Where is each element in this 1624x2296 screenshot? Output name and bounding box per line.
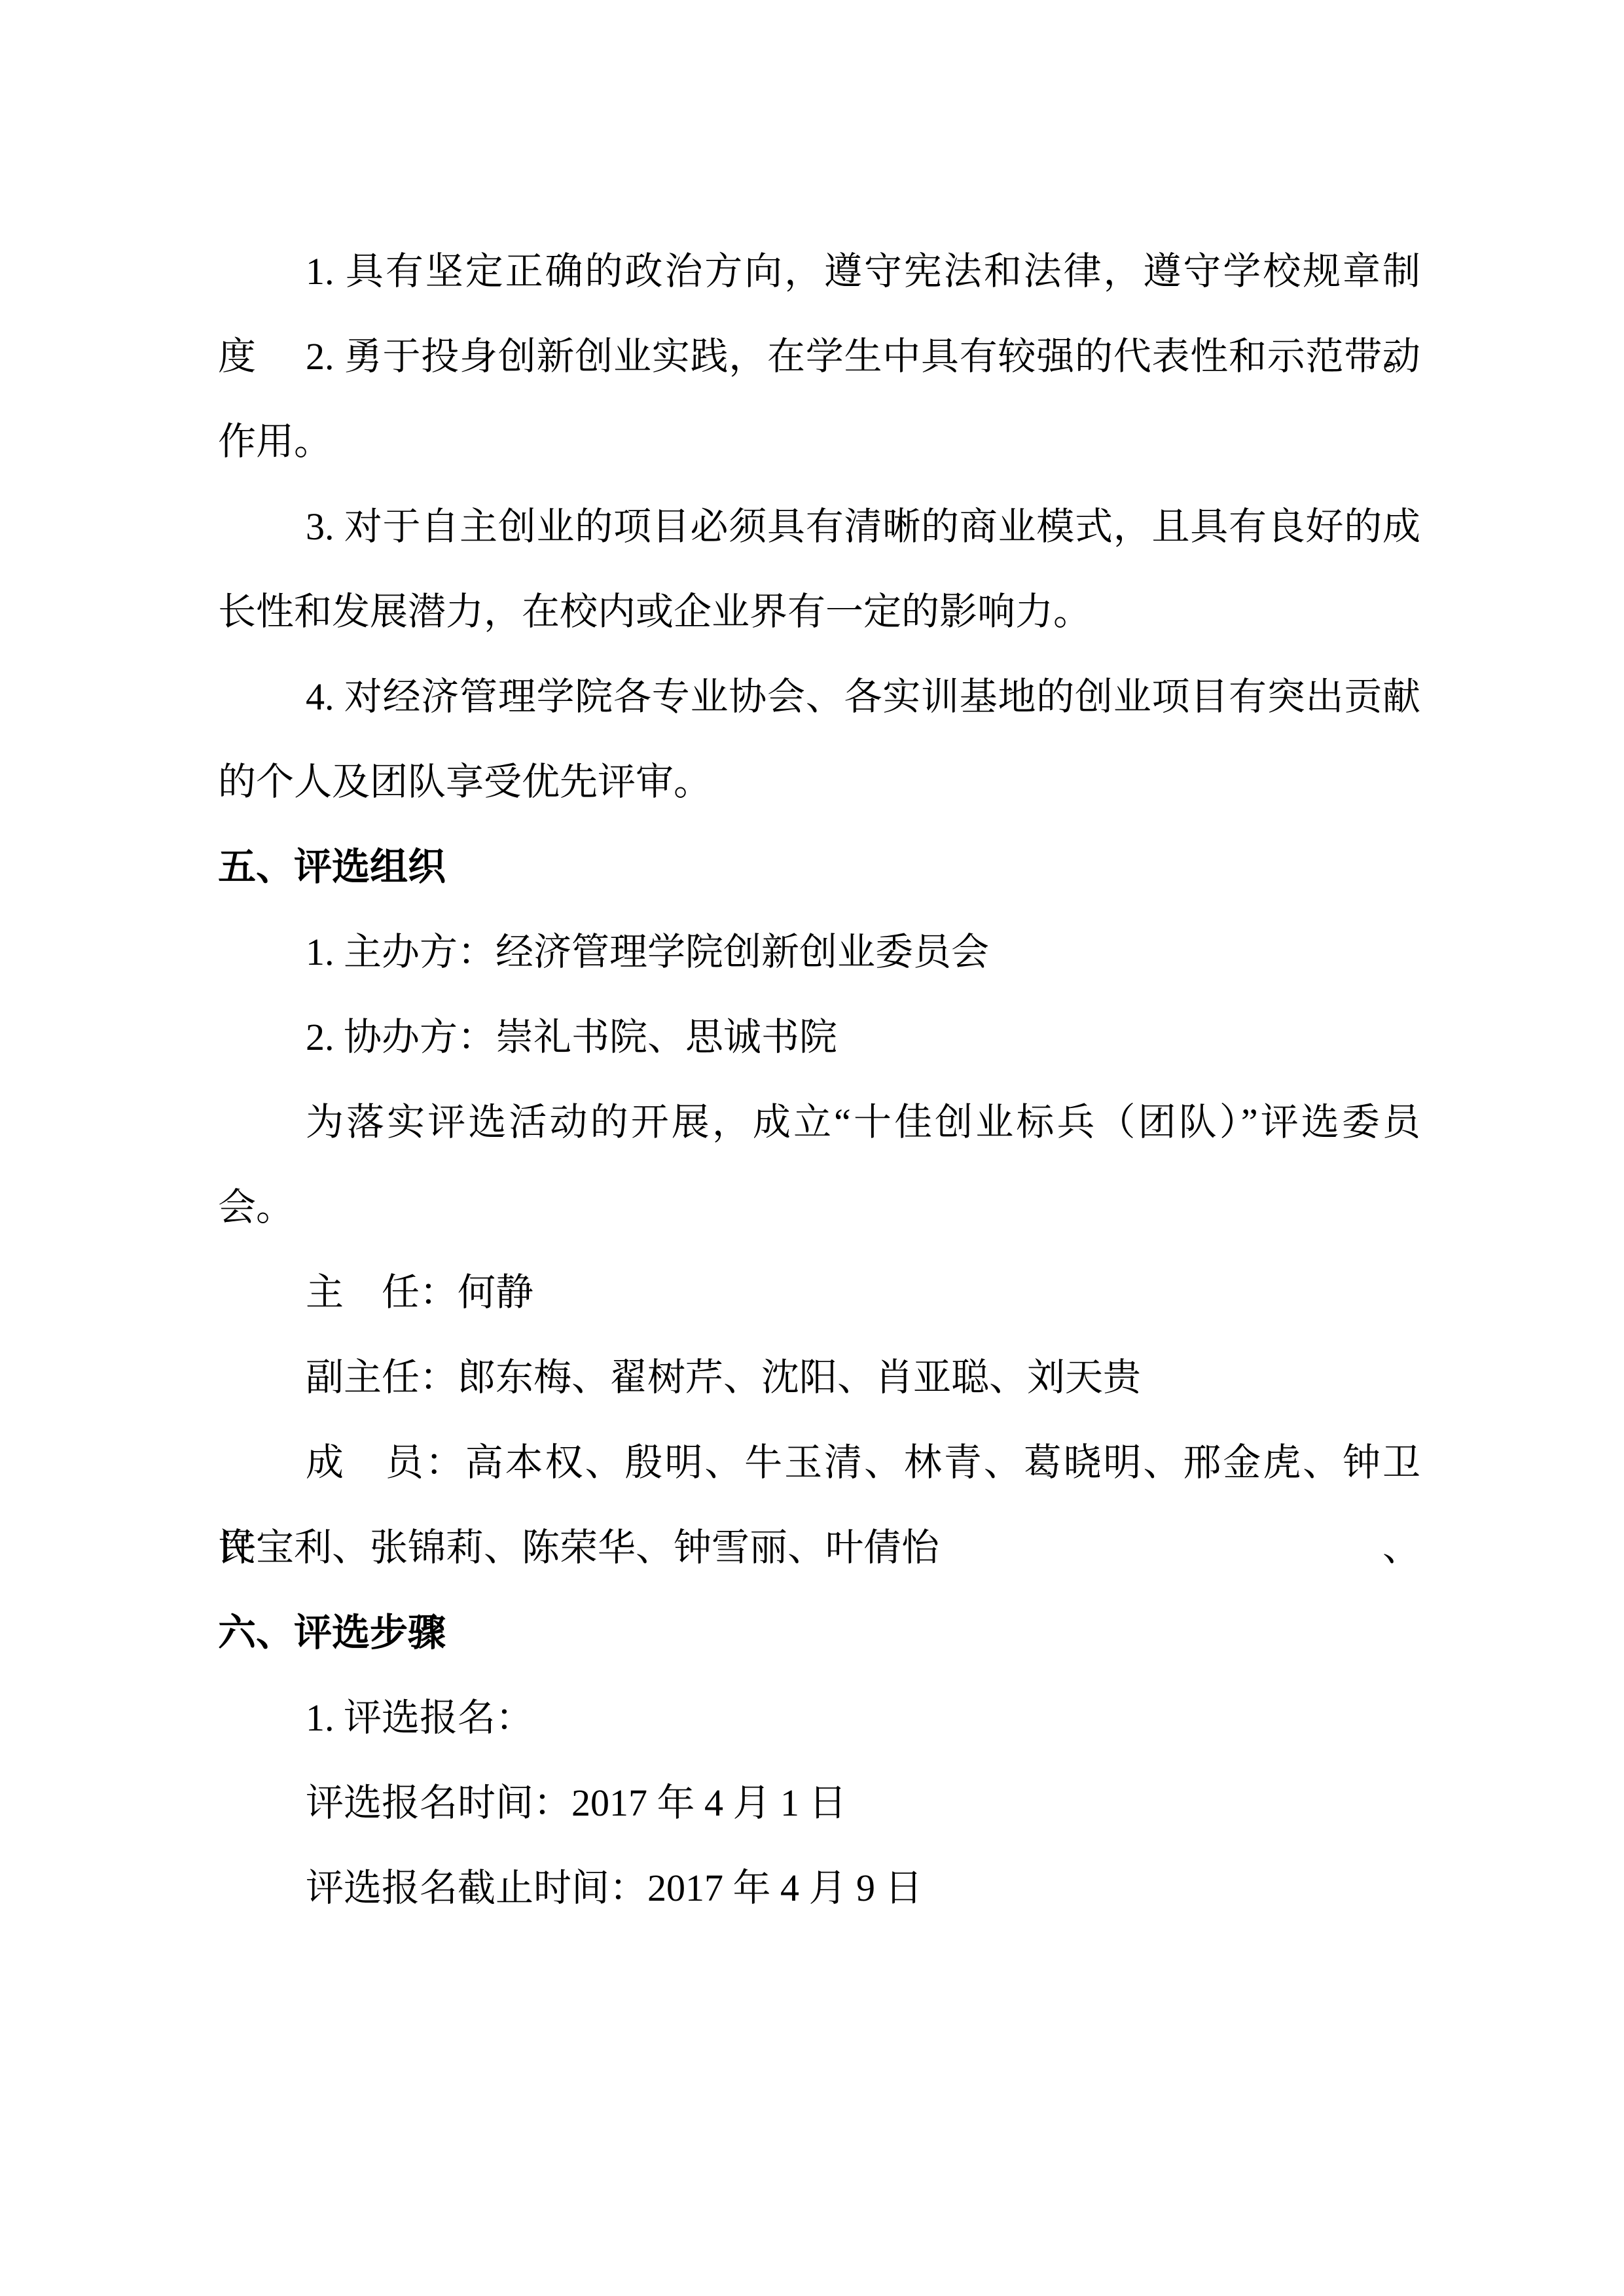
text-line: 副主任：郎东梅、翟树芹、沈阳、肖亚聪、刘天贵 <box>218 1335 1420 1420</box>
text-line: 为落实评选活动的开展，成立“十佳创业标兵（团队）”评选委员 <box>218 1080 1420 1165</box>
text-line: 作用。 <box>218 399 1420 484</box>
text-line: 主 任：何静 <box>218 1250 1420 1335</box>
text-line: 评选报名时间：2017 年 4 月 1 日 <box>218 1761 1420 1846</box>
document-body: 1. 具有坚定正确的政治方向，遵守宪法和法律，遵守学校规章制度。2. 勇于投身创… <box>218 229 1420 1931</box>
text-line: 成 员：高本权、殷明、牛玉清、林青、葛晓明、邢金虎、钟卫民、 <box>218 1420 1420 1505</box>
text-line: 4. 对经济管理学院各专业协会、各实训基地的创业项目有突出贡献 <box>218 655 1420 740</box>
section-heading: 六、评选步骤 <box>218 1590 1420 1676</box>
text-line: 评选报名截止时间：2017 年 4 月 9 日 <box>218 1846 1420 1931</box>
text-line: 2. 协办方：崇礼书院、思诚书院 <box>218 995 1420 1080</box>
text-line: 1. 具有坚定正确的政治方向，遵守宪法和法律，遵守学校规章制度。 <box>218 229 1420 314</box>
text-line: 会。 <box>218 1165 1420 1250</box>
section-heading: 五、评选组织 <box>218 825 1420 910</box>
text-line: 3. 对于自主创业的项目必须具有清晰的商业模式，且具有良好的成 <box>218 484 1420 569</box>
text-line: 长性和发展潜力，在校内或企业界有一定的影响力。 <box>218 569 1420 655</box>
text-line: 1. 主办方：经济管理学院创新创业委员会 <box>218 910 1420 995</box>
text-line: 2. 勇于投身创新创业实践，在学生中具有较强的代表性和示范带动 <box>218 314 1420 399</box>
document-page: 1. 具有坚定正确的政治方向，遵守宪法和法律，遵守学校规章制度。2. 勇于投身创… <box>0 0 1624 2296</box>
text-line: 的个人及团队享受优先评审。 <box>218 740 1420 825</box>
text-line: 1. 评选报名： <box>218 1676 1420 1761</box>
